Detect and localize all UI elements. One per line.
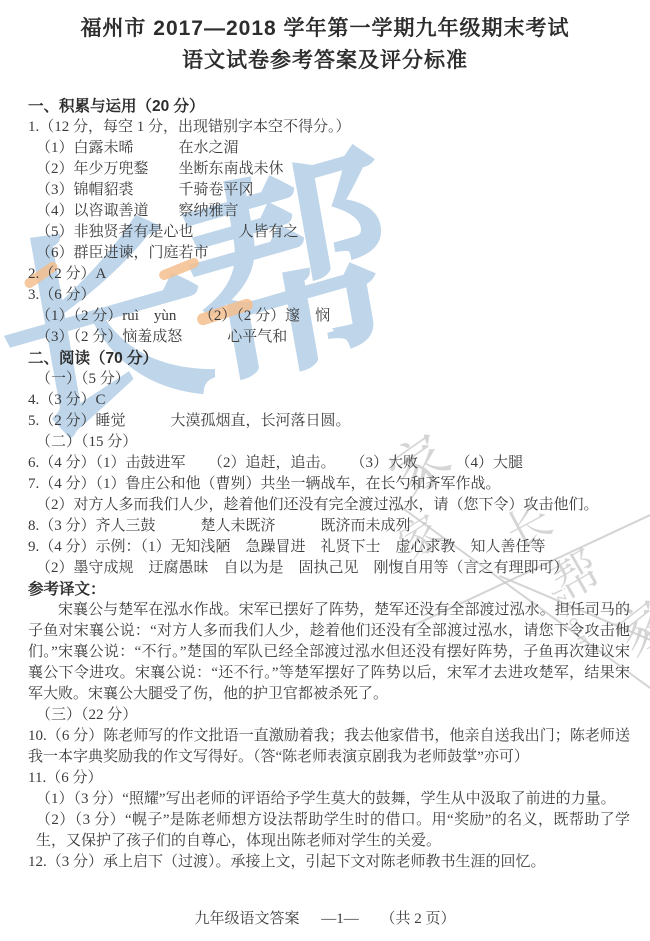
section1-heading: 一、积累与运用（20 分） bbox=[28, 96, 630, 117]
section2-heading: 二、阅读（70 分） bbox=[28, 348, 630, 369]
answer-line-q7-1: 7.（4 分）（1）鲁庄公和他（曹刿）共坐一辆战车，在长勺和齐军作战。 bbox=[28, 474, 630, 495]
footer-page-number: —1— bbox=[321, 911, 359, 927]
page-subtitle: 语文试卷参考答案及评分标准 bbox=[0, 46, 650, 76]
subsection2-heading: （二）（15 分） bbox=[36, 432, 630, 453]
translation-paragraph: 宋襄公与楚军在泓水作战。宋军已摆好了阵势，楚军还没有全部渡过泓水。担任司马的子鱼… bbox=[28, 600, 630, 705]
exam-answer-page: 长帮 家 长 帮 家 家 jzb.com 福州市 2017—2018 学年第一学… bbox=[0, 0, 650, 941]
answer-line-q1-5: （5）非独贤者有是心也 人皆有之 bbox=[36, 222, 630, 243]
answer-content: 一、积累与运用（20 分） 1.（12 分，每空 1 分，出现错别字本空不得分。… bbox=[0, 76, 650, 873]
translation-heading: 参考译文： bbox=[28, 579, 630, 600]
answer-line-q3-1-2: （1）（2 分）ruì yùn （2）（2 分）邃 悯 bbox=[36, 306, 630, 327]
answer-line-q1-4: （4）以咨诹善道 察纳雅言 bbox=[36, 201, 630, 222]
page-title: 福州市 2017—2018 学年第一学期九年级期末考试 bbox=[0, 14, 650, 44]
answer-line-q1-3: （3）锦帽貂裘 千骑卷平冈 bbox=[36, 180, 630, 201]
subsection1-heading: （一）（5 分） bbox=[36, 369, 630, 390]
answer-line-q9-1: 9.（4 分）示例：（1）无知浅陋 急躁冒进 礼贤下士 虚心求教 知人善任等 bbox=[28, 537, 630, 558]
answer-line-q1-2: （2）年少万兜鍪 坐断东南战未休 bbox=[36, 159, 630, 180]
answer-line-q10: 10.（6 分）陈老师写的作文批语一直激励着我；我去他家借书，他亲自送我出门；陈… bbox=[28, 726, 630, 768]
answer-line-q6: 6.（4 分）（1）击鼓进军 （2）追赶，追击。 （3）大败 （4）大腿 bbox=[28, 453, 630, 474]
answer-line-q3: 3.（6 分） bbox=[28, 285, 630, 306]
page-footer: 九年级语文答案 —1— （共 2 页） bbox=[0, 907, 650, 928]
answer-line-q12: 12.（3 分）承上启下（过渡）。承接上文，引起下文对陈老师教书生涯的回忆。 bbox=[28, 852, 630, 873]
footer-total-pages: （共 2 页） bbox=[381, 911, 456, 927]
footer-doc-label: 九年级语文答案 bbox=[194, 911, 299, 927]
answer-line-q7-2: （2）对方人多而我们人少，趁着他们还没有完全渡过泓水，请（您下令）攻击他们。 bbox=[36, 495, 630, 516]
answer-line-q8: 8.（3 分）齐人三鼓 楚人未既济 既济而未成列 bbox=[28, 516, 630, 537]
answer-line-q3-3: （3）（2 分）恼羞成怒 心平气和 bbox=[36, 327, 630, 348]
answer-line-q1-6: （6）群臣进谏，门庭若市 bbox=[36, 243, 630, 264]
answer-line-q2: 2.（2 分）A bbox=[28, 264, 630, 285]
answer-line-q1: 1.（12 分，每空 1 分，出现错别字本空不得分。） bbox=[28, 117, 630, 138]
answer-line-q11-1: （1）（3 分）“照耀”写出老师的评语给予学生莫大的鼓舞，学生从中汲取了前进的力… bbox=[36, 789, 630, 810]
answer-line-q5: 5.（2 分）睡觉 大漠孤烟直，长河落日圆。 bbox=[28, 411, 630, 432]
answer-line-q11-2: （2）（3 分）“幌子”是陈老师想方设法帮助学生时的借口。用“奖励”的名义，既帮… bbox=[36, 810, 630, 852]
answer-line-q1-1: （1）白露未晞 在水之湄 bbox=[36, 138, 630, 159]
subsection3-heading: （三）（22 分） bbox=[36, 705, 630, 726]
answer-line-q11: 11.（6 分） bbox=[28, 768, 630, 789]
answer-line-q9-2: （2）墨守成规 迂腐愚昧 自以为是 固执己见 刚愎自用等（言之有理即可） bbox=[36, 558, 630, 579]
title-block: 福州市 2017—2018 学年第一学期九年级期末考试 语文试卷参考答案及评分标… bbox=[0, 0, 650, 76]
answer-line-q4: 4.（3 分）C bbox=[28, 390, 630, 411]
